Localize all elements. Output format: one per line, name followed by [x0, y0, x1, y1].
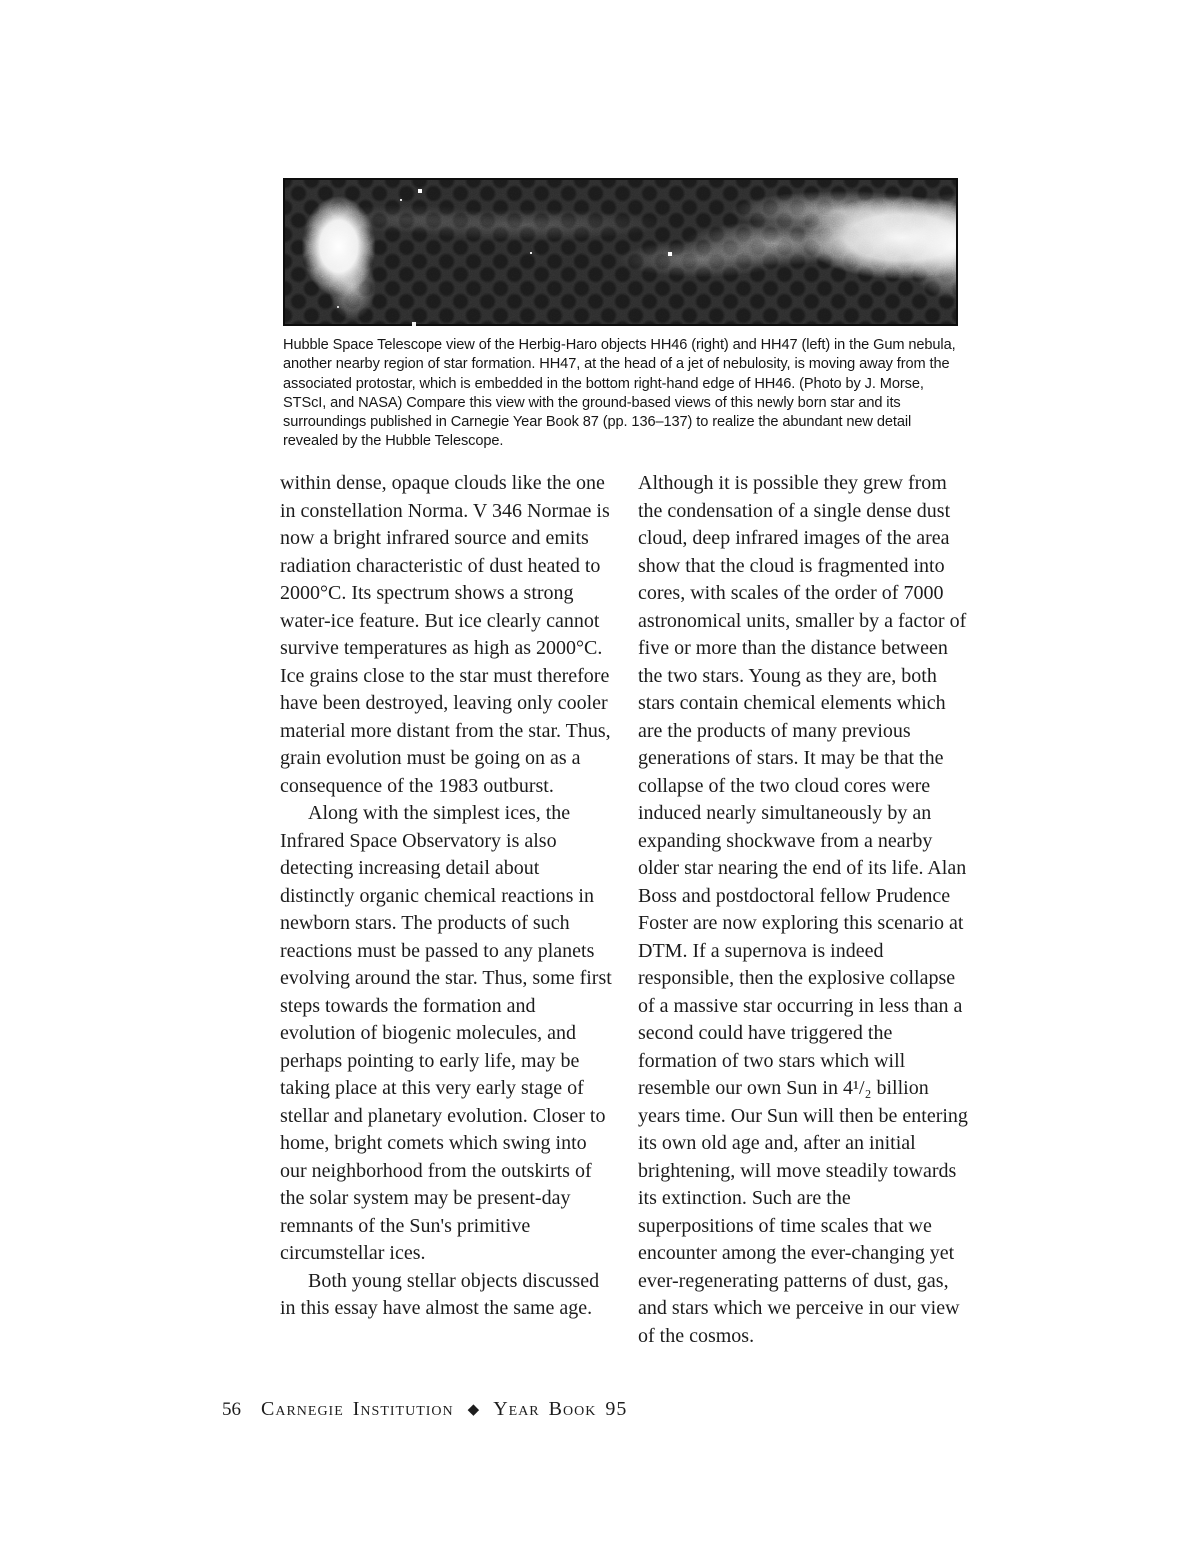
figure-block: Hubble Space Telescope view of the Herbi…: [283, 178, 958, 452]
page-footer: 56 Carnegie Institution ◆ Year Book 95: [222, 1398, 627, 1421]
right-column: Although it is possible they grew from t…: [638, 470, 970, 1350]
running-title-institution: Carnegie Institution: [261, 1398, 454, 1421]
diamond-icon: ◆: [468, 1400, 480, 1419]
film-grain-overlay: [285, 180, 956, 324]
hubble-photo-image: [283, 178, 958, 326]
body-paragraph: within dense, opaque clouds like the one…: [280, 470, 612, 800]
body-columns: within dense, opaque clouds like the one…: [280, 470, 970, 1350]
body-paragraph: Along with the simplest ices, the Infrar…: [280, 800, 612, 1268]
page-number: 56: [222, 1399, 241, 1421]
left-column: within dense, opaque clouds like the one…: [280, 470, 612, 1350]
star-specks: [285, 180, 287, 182]
body-paragraph: Both young stellar objects discussed in …: [280, 1268, 612, 1323]
figure-caption: Hubble Space Telescope view of the Herbi…: [283, 336, 963, 452]
book-page: Hubble Space Telescope view of the Herbi…: [0, 0, 1200, 1543]
body-paragraph: Although it is possible they grew from t…: [638, 470, 970, 1350]
running-title-book: Year Book 95: [493, 1398, 627, 1421]
